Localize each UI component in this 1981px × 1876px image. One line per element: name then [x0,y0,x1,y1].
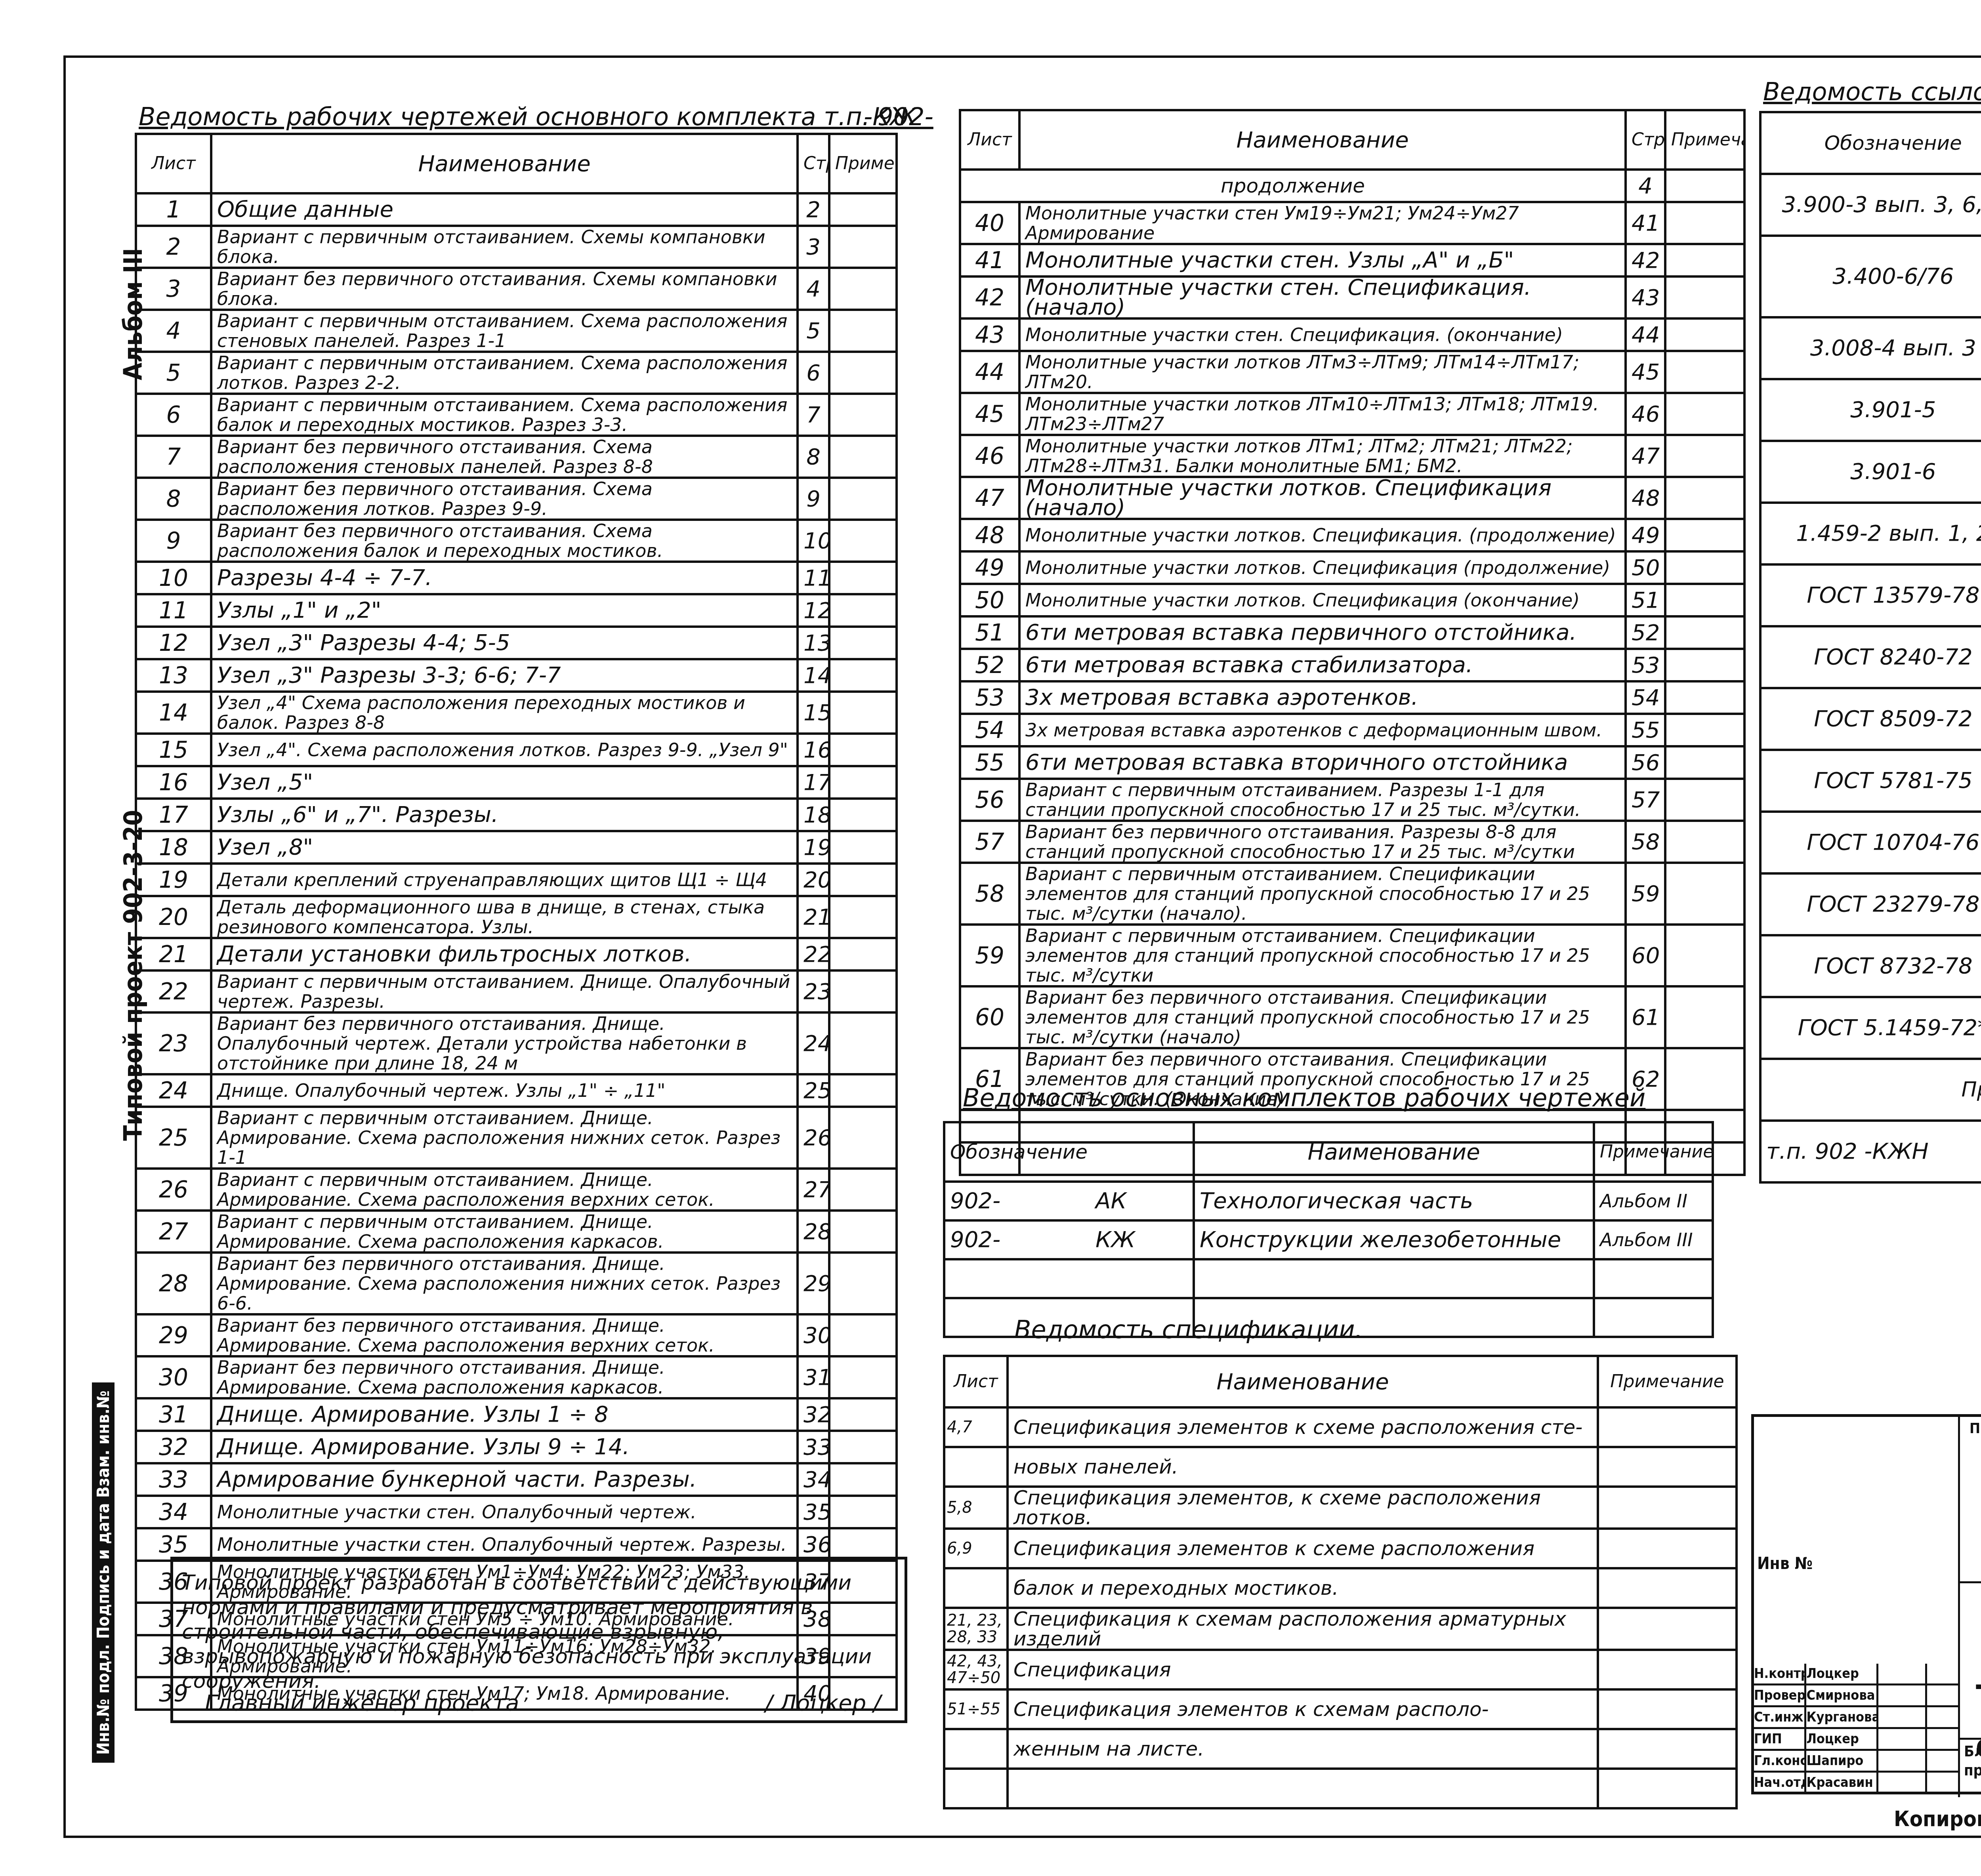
page-number: 7 [798,394,829,436]
header-code: Обозначение [1760,112,1981,174]
table-row [944,1769,1737,1808]
header-sheet: Лист [136,134,211,193]
table-row: 7Вариант без первичного отстаивания. Схе… [136,436,897,478]
continuation-page: 4 [1626,170,1665,202]
kit-code-cell: 902-АК [944,1182,1194,1220]
signature [1878,1685,1927,1705]
page-number: 18 [798,799,829,831]
drawing-name: Вариант без первичного отстаивания. Днищ… [211,1356,798,1398]
sheet-number: 5 [136,352,211,394]
note-cell [829,226,897,268]
page-number: 12 [798,594,829,627]
page-number: 29 [798,1253,829,1314]
table-row: 1Общие данные2 [136,193,897,226]
drawing-name: Вариант с первичным отстаиванием. Днище.… [211,1169,798,1211]
table-row: 33Армирование бункерной части. Разрезы.3… [136,1463,897,1496]
table-row: 556ти метровая вставка вторичного отстой… [960,746,1744,779]
drawing-name: Общие данные [211,193,798,226]
sheet-number: 2 [136,226,211,268]
kit-name [1194,1259,1594,1298]
doc-code: 3.008-4 вып. 3 [1760,317,1981,379]
spec-sheet: 21, 23, 28, 33 [944,1608,1008,1650]
kit-note: Альбом II [1594,1182,1713,1220]
table-row: 32Днище. Армирование. Узлы 9 ÷ 14.33 [136,1431,897,1463]
attached-docs-label: Прилагаемые документы. [1760,1059,1981,1121]
sheet-number: 30 [136,1356,211,1398]
table-row: 59Вариант с первичным отстаиванием. Спец… [960,925,1744,986]
note-cell [1665,616,1744,649]
page-number: 5 [798,310,829,352]
sheet-number: 6 [136,394,211,436]
sheet-number: 58 [960,863,1019,925]
drawing-name: Вариант без первичного отстаивания. Схем… [211,268,798,310]
staff-row: Н.контр.Лоцкер [1754,1664,1958,1685]
note-cell [1598,1529,1737,1568]
note-cell [829,864,897,896]
staff-name: Лоцкер [1806,1729,1878,1749]
spec-sheet: 4,7 [944,1407,1008,1447]
sheet-number: 26 [136,1169,211,1211]
table-row: 19Детали креплений струенаправляющих щит… [136,864,897,896]
note-cell [829,1211,897,1253]
signature [1878,1773,1927,1792]
sheet-number: 59 [960,925,1019,986]
spec-name: балок и переходных мостиков. [1008,1568,1598,1608]
page-number: 56 [1626,746,1665,779]
table-row: 21, 23, 28, 33Спецификация к схемам расп… [944,1608,1737,1650]
date-cell [1927,1685,1958,1705]
signature [1878,1664,1927,1683]
page-number: 32 [798,1398,829,1431]
staff-row: Ст.инж.Курганова [1754,1707,1958,1729]
drawing-name: Монолитные участки стен. Опалубочный чер… [211,1496,798,1528]
spec-name: Спецификация элементов к схемам располо- [1008,1689,1598,1729]
drawing-name: Монолитные участки стен. Спецификация. (… [1019,276,1626,318]
staff-name: Красавин [1806,1773,1878,1792]
sheet-number: 53 [960,681,1019,714]
page-number: 51 [1626,584,1665,616]
staff-name: Шапиро [1806,1751,1878,1771]
kit-code: 902- [950,1227,1000,1253]
main-drawings-table: Лист Наименование Стр. Примечание 1Общие… [135,133,898,1711]
note-cell [829,268,897,310]
drawing-name: 3х метровая вставка аэротенков. [1019,681,1626,714]
sheet-number: 60 [960,986,1019,1048]
table-row: новых панелей. [944,1447,1737,1487]
sheet-number: 3 [136,268,211,310]
page-number: 55 [1626,714,1665,746]
note-cell [829,352,897,394]
table-row: 3.900-3 вып. 3, 6, 8Сборные железобетонн… [1760,174,1981,236]
note-cell [1665,318,1744,351]
drawing-name: Вариант с первичным отстаиванием. Схема … [211,394,798,436]
drawing-name: Монолитные участки лотков. Спецификация … [1019,477,1626,519]
drawing-name: Вариант без первичного отстаивания. Днищ… [211,1012,798,1074]
staff-role: Ст.инж. [1754,1707,1806,1727]
table-row: 24Днище. Опалубочный чертеж. Узлы „1" ÷ … [136,1074,897,1107]
table-row: 543х метровая вставка аэротенков с дефор… [960,714,1744,746]
page-number: 11 [798,562,829,594]
spec-name: новых панелей. [1008,1447,1598,1487]
note-cell [829,1253,897,1314]
table-row: женным на листе. [944,1729,1737,1769]
doc-code: ГОСТ 8732-78 [1760,935,1981,997]
note-box: Типовой проект разработан в соответствии… [170,1557,907,1723]
table-row: 3.901-6Патрубки ребристые dy50÷1400мм дл… [1760,441,1981,503]
page-number: 31 [798,1356,829,1398]
drawing-name: Монолитные участки лотков. Спецификация … [1019,551,1626,584]
note-cell [829,896,897,938]
sheet-number: 1 [136,193,211,226]
note-cell [829,1012,897,1074]
page-number: 44 [1626,318,1665,351]
drawing-name: Узел „8" [211,831,798,864]
drawing-name: Монолитные участки лотков ЛТм1; ЛТм2; ЛТ… [1019,435,1626,477]
table-row: 16Узел „5"17 [136,766,897,799]
header-sheet: Лист [960,110,1019,170]
table-row: 28Вариант без первичного отстаивания. Дн… [136,1253,897,1314]
main-list-title-suffix: -КЖ [864,102,916,131]
doc-code: ГОСТ 5781-75 [1760,750,1981,812]
page-number: 45 [1626,351,1665,393]
table-row: 46Монолитные участки лотков ЛТм1; ЛТм2; … [960,435,1744,477]
note-cell [1598,1447,1737,1487]
page-number: 8 [798,436,829,478]
spec-name: Спецификация элементов, к схеме располож… [1008,1487,1598,1529]
drawing-name: Вариант без первичного отстаивания. Днищ… [211,1253,798,1314]
kit-note: Альбом III [1594,1220,1713,1259]
note-cell [829,193,897,226]
note-cell [1665,351,1744,393]
date-cell [1927,1729,1958,1749]
table-row: 2Вариант с первичным отстаиванием. Схемы… [136,226,897,268]
spec-name: Спецификация элементов к схеме расположе… [1008,1529,1598,1568]
sheet-number: 8 [136,478,211,520]
table-row: 29Вариант без первичного отстаивания. Дн… [136,1314,897,1356]
spec-list-title: Ведомость спецификации. [1014,1315,1363,1344]
staff-role: Н.контр. [1754,1664,1806,1683]
staff-list: Н.контр.ЛоцкерПроверилСмирноваСт.инж.Кур… [1754,1664,1958,1794]
doc-code: 1.459-2 вып. 1, 2 [1760,503,1981,564]
table-row: 3Вариант без первичного отстаивания. Схе… [136,268,897,310]
table-row: 60Вариант без первичного отстаивания. Сп… [960,986,1744,1048]
drawing-name: Вариант без первичного отстаивания. Схем… [211,478,798,520]
sheet-number: 10 [136,562,211,594]
drawing-name: Вариант с первичным отстаиванием. Схема … [211,310,798,352]
sheet-number: 23 [136,1012,211,1074]
page-number: 53 [1626,649,1665,681]
kit-code-cell [944,1259,1194,1298]
note-cell [829,970,897,1012]
drawing-name: Вариант с первичным отстаиванием. Схема … [211,352,798,394]
page-number: 33 [798,1431,829,1463]
table-row: 57Вариант без первичного отстаивания. Ра… [960,821,1744,863]
page-number: 30 [798,1314,829,1356]
table-row: 49Монолитные участки лотков. Спецификаци… [960,551,1744,584]
stamp-vertical: Инв.№ подл. Подпись и дата Взам. инв.№ [92,1382,115,1763]
table-row: 26Вариант с первичным отстаиванием. Днищ… [136,1169,897,1211]
table-row: 3.400-6/76Унифицированные закладные дета… [1760,236,1981,317]
note-cell [829,692,897,734]
sheet-number: 40 [960,202,1019,244]
table-row: ГОСТ 8240-72Швеллеры [1760,626,1981,688]
note-cell [829,310,897,352]
header-note: Примечание [829,134,897,193]
signer-name: / Лоцкер / [765,1690,881,1716]
doc-code: 3.900-3 вып. 3, 6, 8 [1760,174,1981,236]
page-number: 14 [798,659,829,692]
sheet-number: 12 [136,627,211,659]
table-row: 12Узел „3" Разрезы 4-4; 5-513 [136,627,897,659]
date-cell [1927,1751,1958,1771]
doc-code: 3.901-5 [1760,379,1981,441]
drawing-name: 6ти метровая вставка стабилизатора. [1019,649,1626,681]
table-row: ГОСТ 10704-76Трубы стальные электросварн… [1760,812,1981,873]
drawing-name: Монолитные участки лотков. Спецификация … [1019,584,1626,616]
drawing-name: Узел „3" Разрезы 4-4; 5-5 [211,627,798,659]
table-row: 50Монолитные участки лотков. Спецификаци… [960,584,1744,616]
note-cell [1665,714,1744,746]
table-row: ГОСТ 23279-78Сетки сварные из стержневой… [1760,873,1981,935]
sheet-number: 4 [136,310,211,352]
kit-note [1594,1298,1713,1337]
page-number: 13 [798,627,829,659]
table-row: 5,8Спецификация элементов, к схеме распо… [944,1487,1737,1529]
page-number: 10 [798,520,829,562]
drawing-name: 6ти метровая вставка первичного отстойни… [1019,616,1626,649]
sheet-number: 15 [136,734,211,766]
note-cell [1665,477,1744,519]
note-cell [829,938,897,970]
note-cell [1598,1650,1737,1689]
table-row: 44Монолитные участки лотков ЛТм3÷ЛТм9; Л… [960,351,1744,393]
note-cell [829,1496,897,1528]
page-number: 36 [798,1528,829,1561]
sheet-number: 9 [136,520,211,562]
sheet-number: 32 [136,1431,211,1463]
note-cell [1665,551,1744,584]
table-row: т.п. 902 -КЖНСтроительные изделия [1760,1121,1981,1182]
refs-list-title: Ведомость ссылочных и прилагаемых докуме… [1763,77,1981,106]
sheet-number: 11 [136,594,211,627]
page-number: 52 [1626,616,1665,649]
refs-table: Обозначение Наименование Примечание 3.90… [1759,111,1981,1184]
drawing-name: Вариант с первичным отстаиванием. Днище.… [211,1107,798,1169]
note-cell [829,562,897,594]
spec-name: Спецификация к схемам расположения армат… [1008,1608,1598,1650]
sheet-number: 31 [136,1398,211,1431]
page-number: 24 [798,1012,829,1074]
table-row: 902-КЖКонструкции железобетонныеАльбом I… [944,1220,1713,1259]
table-row: 45Монолитные участки лотков ЛТм10÷ЛТм13;… [960,393,1744,435]
drawing-name: Вариант с первичным отстаиванием. Специф… [1019,925,1626,986]
sheet-number: 25 [136,1107,211,1169]
staff-row: Гл.констр.Шапиро [1754,1751,1958,1773]
sheet-number: 17 [136,799,211,831]
page-number: 34 [798,1463,829,1496]
header-sheet: Лист [944,1356,1008,1407]
sheet-number: 24 [136,1074,211,1107]
table-row: ГОСТ 8509-72Сталь угловая равнобокая [1760,688,1981,750]
drawing-name: Детали креплений струенаправляющих щитов… [211,864,798,896]
table-row: 526ти метровая вставка стабилизатора.53 [960,649,1744,681]
kit-mark: КЖ [1095,1227,1135,1253]
page-number: 21 [798,896,829,938]
table-row: 14Узел „4" Схема расположения переходных… [136,692,897,734]
sheet-number: 46 [960,435,1019,477]
note-cell [1665,779,1744,821]
staff-role: ГИП [1754,1729,1806,1749]
note-cell [829,1431,897,1463]
table-row: 6,9Спецификация элементов к схеме распол… [944,1529,1737,1568]
doc-code: ГОСТ 8509-72 [1760,688,1981,750]
page-number: 4 [798,268,829,310]
drawing-name: Узлы „6" и „7". Разрезы. [211,799,798,831]
sheet-number: 34 [136,1496,211,1528]
table-row: 21Детали установки фильтросных лотков.22 [136,938,897,970]
doc-code: ГОСТ 10704-76 [1760,812,1981,873]
note-cell [829,1169,897,1211]
signature [1878,1751,1927,1771]
drawing-name: Монолитные участки лотков. Спецификация.… [1019,519,1626,551]
note-cell [1665,746,1744,779]
footer: Копировал Антипова 18120-03 3 Формат 22 [1894,1806,1981,1831]
sheet-number: 16 [136,766,211,799]
drawing-name: Вариант без первичного отстаивания. Спец… [1019,986,1626,1048]
table-row: 56Вариант с первичным отстаиванием. Разр… [960,779,1744,821]
page-number: 28 [798,1211,829,1253]
sheet-number: 41 [960,244,1019,276]
sheet-number: 7 [136,436,211,478]
page-number: 22 [798,938,829,970]
sheet-number: 45 [960,393,1019,435]
note-cell [829,799,897,831]
table-row: 51÷55Спецификация элементов к схемам рас… [944,1689,1737,1729]
table-row: 43Монолитные участки стен. Спецификация.… [960,318,1744,351]
kits-table: Обозначение Наименование Примечание 902-… [943,1121,1714,1338]
page-number: 48 [1626,477,1665,519]
header-name: Наименование [211,134,798,193]
header-code: Обозначение [944,1122,1194,1182]
page-number: 41 [1626,202,1665,244]
drawing-name: Узел „5" [211,766,798,799]
table-row: 20Деталь деформационного шва в днище, в … [136,896,897,938]
page-number: 61 [1626,986,1665,1048]
note-cell [829,1398,897,1431]
drawing-name: Вариант с первичным отстаиванием. Днище.… [211,1211,798,1253]
table-row: 40Монолитные участки стен Ум19÷Ум21; Ум2… [960,202,1744,244]
kit-name: Конструкции железобетонные [1194,1220,1594,1259]
date-cell [1927,1664,1958,1683]
sheet-number: 20 [136,896,211,938]
staff-name: Курганова [1806,1707,1878,1727]
page-number: 58 [1626,821,1665,863]
note-cell [1665,276,1744,318]
page-number: 2 [798,193,829,226]
note-cell [1665,519,1744,551]
table-row: 42Монолитные участки стен. Спецификация.… [960,276,1744,318]
note-cell [1665,435,1744,477]
drawing-name: Разрезы 4-4 ÷ 7-7. [211,562,798,594]
kits-list-title: Ведомость основных комплектов рабочих че… [963,1083,1645,1112]
table-row: 902-АКТехнологическая частьАльбом II [944,1182,1713,1220]
table-row: ГОСТ 8732-78Трубы стальные бесшовные гор… [1760,935,1981,997]
note-cell [1665,821,1744,863]
table-row: 30Вариант без первичного отстаивания. Дн… [136,1356,897,1398]
note-cell [829,1356,897,1398]
sheet-number: 21 [136,938,211,970]
page-number: 57 [1626,779,1665,821]
table-row: 4,7Спецификация элементов к схеме распол… [944,1407,1737,1447]
staff-name: Лоцкер [1806,1664,1878,1683]
page-number: 54 [1626,681,1665,714]
kit-code: 902- [950,1188,1000,1214]
drawing-name: Вариант без первичного отстаивания. Разр… [1019,821,1626,863]
note-cell [1665,925,1744,986]
note-cell [1598,1487,1737,1529]
note-cell [829,478,897,520]
sheet-number: 22 [136,970,211,1012]
header-note: Примечание [1665,110,1744,170]
sheet-number: 18 [136,831,211,864]
sheet-number: 19 [136,864,211,896]
drawing-name: Вариант с первичным отстаиванием. Днище.… [211,970,798,1012]
drawing-name: Монолитные участки лотков ЛТм3÷ЛТм9; ЛТм… [1019,351,1626,393]
page-number: 17 [798,766,829,799]
table-row: 5Вариант с первичным отстаиванием. Схема… [136,352,897,394]
table-row: 25Вариант с первичным отстаиванием. Днищ… [136,1107,897,1169]
header-name: Наименование [1008,1356,1598,1407]
table-row: 10Разрезы 4-4 ÷ 7-7.11 [136,562,897,594]
page-number: 26 [798,1107,829,1169]
table-row: 9Вариант без первичного отстаивания. Схе… [136,520,897,562]
staff-role: Проверил [1754,1685,1806,1705]
sheet-number: 52 [960,649,1019,681]
note-cell [829,831,897,864]
sheet-number: 42 [960,276,1019,318]
table-row: 8Вариант без первичного отстаивания. Схе… [136,478,897,520]
page-number: 50 [1626,551,1665,584]
drawing-name: Армирование бункерной части. Разрезы. [211,1463,798,1496]
main-list-title: Ведомость рабочих чертежей основного ком… [139,102,933,131]
drawing-name: 3х метровая вставка аэротенков с деформа… [1019,714,1626,746]
note-cell [1665,393,1744,435]
table-row: 58Вариант с первичным отстаиванием. Спец… [960,863,1744,925]
note-cell [829,1528,897,1561]
page-number: 35 [798,1496,829,1528]
table-row: 35Монолитные участки стен. Опалубочный ч… [136,1528,897,1561]
page-number: 42 [1626,244,1665,276]
table-row: 11Узлы „1" и „2"12 [136,594,897,627]
sheet-number: 48 [960,519,1019,551]
page-number: 46 [1626,393,1665,435]
note-cell [1665,986,1744,1048]
table-row: 1.459-2 вып. 1, 2Стальные лестницы, пере… [1760,503,1981,564]
staff-role: Нач.отд. [1754,1773,1806,1792]
spec-sheet: 51÷55 [944,1689,1008,1729]
table-row: 18Узел „8"19 [136,831,897,864]
table-row: 4Вариант с первичным отстаиванием. Схема… [136,310,897,352]
note-cell [829,659,897,692]
sheet-number: 54 [960,714,1019,746]
note-cell [829,627,897,659]
doc-code: 3.400-6/76 [1760,236,1981,317]
doc-code: т.п. 902 -КЖН [1760,1121,1981,1182]
drawing-name: Деталь деформационного шва в днище, в ст… [211,896,798,938]
table-row: 48Монолитные участки лотков. Спецификаци… [960,519,1744,551]
page-number: 59 [1626,863,1665,925]
drawing-name: Вариант без первичного отстаивания. Днищ… [211,1314,798,1356]
